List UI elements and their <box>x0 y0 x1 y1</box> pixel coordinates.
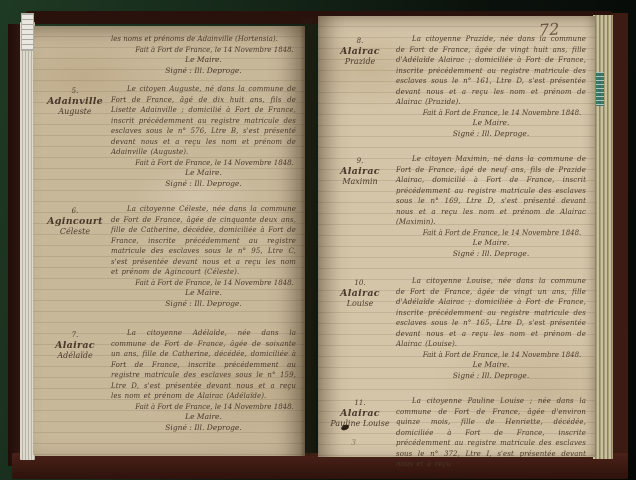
entry-firstname: Pauline Louise <box>324 419 396 429</box>
right-page-content: 8. Alairac Prazide La citoyenne Prazide,… <box>318 16 595 457</box>
book-right-cover <box>611 13 628 465</box>
entry-surname: Adainville <box>39 96 111 107</box>
entry-date-line: Fait à Fort de France, le 14 Novembre 18… <box>396 228 586 239</box>
entry-surname: Alairac <box>39 340 111 351</box>
entry-body: Le citoyen Maximin, né dans la commune d… <box>396 154 588 259</box>
entry-surname: Alairac <box>324 46 396 57</box>
entry-date-line: Fait à Fort de France, le 14 Novembre 18… <box>396 350 586 361</box>
register-entry-10: 10. Alairac Louise La citoyenne Louise, … <box>324 276 588 381</box>
entry-date-line: Fait à Fort de France, le 14 Novembre 18… <box>111 278 296 289</box>
entry-firstname: Prazide <box>324 57 396 67</box>
entry-signe-line: Signé : Ill. Deproge. <box>111 179 296 190</box>
entry-margin: 10. Alairac Louise <box>324 276 396 381</box>
entry-margin: 9. Alairac Maximin <box>324 154 396 259</box>
entry-number: 6. <box>39 207 111 216</box>
scanned-register-photo: les noms et prénoms de Adainville (Horte… <box>0 0 636 480</box>
left-page-content: les noms et prénoms de Adainville (Horte… <box>33 26 305 456</box>
entry-text: Le citoyen Maximin, né dans la commune d… <box>396 154 586 228</box>
teal-edge-tab <box>596 72 604 106</box>
entry-body: La citoyenne Pauline Louise ; née dans l… <box>396 396 588 470</box>
entry-maire-line: Le Maire. <box>396 360 586 371</box>
entry-maire-line: Le Maire. <box>111 55 296 66</box>
entry-body: Le citoyen Auguste, né dans la commune d… <box>111 84 298 189</box>
entry-date-line: Fait à Fort de France, le 14 Novembre 18… <box>111 402 296 413</box>
entry-surname: Agincourt <box>39 216 111 227</box>
entry-number: 8. <box>324 37 396 46</box>
entry-number: 9. <box>324 157 396 166</box>
entry-text: La citoyenne Adélaïde, née dans la commu… <box>111 328 296 402</box>
register-entry-9: 9. Alairac Maximin Le citoyen Maximin, n… <box>324 154 588 259</box>
register-entry-6: 6. Agincourt Céleste La citoyenne Célest… <box>39 204 298 309</box>
register-entry-11: 11. Alairac Pauline Louise La citoyenne … <box>324 396 588 470</box>
register-entry-5: 5. Adainville Auguste Le citoyen Auguste… <box>39 84 298 189</box>
entry-margin: 8. Alairac Prazide <box>324 34 396 139</box>
archive-label-sticker <box>21 13 34 51</box>
entry-text: La citoyenne Céleste, née dans la commun… <box>111 204 296 278</box>
entry-firstname: Auguste <box>39 107 111 117</box>
entry-text: La citoyenne Prazide, née dans la commun… <box>396 34 586 108</box>
entry-maire-line: Le Maire. <box>111 288 296 299</box>
entry-firstname: Maximin <box>324 177 396 187</box>
entry-date-line: Fait à Fort de France, le 14 Novembre 18… <box>396 108 586 119</box>
left-page: les noms et prénoms de Adainville (Horte… <box>33 26 305 456</box>
entry-firstname: Céleste <box>39 227 111 237</box>
entry-firstname: Louise <box>324 299 396 309</box>
entry-body: La citoyenne Louise, née dans la commune… <box>396 276 588 381</box>
entry-number: 7. <box>39 331 111 340</box>
entry-date-line: Fait à Fort de France, le 14 Novembre 18… <box>111 158 296 169</box>
pencil-mark: 3 <box>351 438 356 447</box>
entry-margin: 6. Agincourt Céleste <box>39 204 111 309</box>
entry-surname: Alairac <box>324 288 396 299</box>
entry-signe-line: Signé : Ill. Deproge. <box>396 249 586 260</box>
register-entry-8: 8. Alairac Prazide La citoyenne Prazide,… <box>324 34 588 139</box>
entry-text: La citoyenne Pauline Louise ; née dans l… <box>396 396 586 470</box>
entry-maire-line: Le Maire. <box>396 238 586 249</box>
entry-body: La citoyenne Adélaïde, née dans la commu… <box>111 328 298 433</box>
entry-margin: 5. Adainville Auguste <box>39 84 111 189</box>
book-gutter-shadow <box>300 18 320 456</box>
entry-number: 5. <box>39 87 111 96</box>
entry-signe-line: Signé : Ill. Deproge. <box>111 66 296 77</box>
entry-margin: 11. Alairac Pauline Louise <box>324 396 396 470</box>
entry-body: La citoyenne Prazide, née dans la commun… <box>396 34 588 139</box>
continuation-text: les noms et prénoms de Adainville (Horte… <box>111 34 296 45</box>
register-entry-7: 7. Alairac Adélaïde La citoyenne Adélaïd… <box>39 328 298 433</box>
entry-surname: Alairac <box>324 166 396 177</box>
entry-maire-line: Le Maire. <box>396 118 586 129</box>
entry-signe-line: Signé : Ill. Deproge. <box>396 371 586 382</box>
entry-maire-line: Le Maire. <box>111 412 296 423</box>
entry-surname: Alairac <box>324 408 396 419</box>
entry-signe-line: Signé : Ill. Deproge. <box>396 129 586 140</box>
entry-number: 11. <box>324 399 396 408</box>
entry-margin: 7. Alairac Adélaïde <box>39 328 111 433</box>
entry-date-line: Fait à Fort de France, le 14 Novembre 18… <box>111 45 296 56</box>
entry-firstname: Adélaïde <box>39 351 111 361</box>
entry-signe-line: Signé : Ill. Deproge. <box>111 299 296 310</box>
entry-body: La citoyenne Céleste, née dans la commun… <box>111 204 298 309</box>
entry-text: La citoyenne Louise, née dans la commune… <box>396 276 586 350</box>
right-page: 72 8. Alairac Prazide La citoyenne Prazi… <box>318 16 595 457</box>
entry-maire-line: Le Maire. <box>111 168 296 179</box>
entry-signe-line: Signé : Ill. Deproge. <box>111 423 296 434</box>
previous-entry-continuation: les noms et prénoms de Adainville (Horte… <box>111 34 298 76</box>
entry-number: 10. <box>324 279 396 288</box>
entry-text: Le citoyen Auguste, né dans la commune d… <box>111 84 296 158</box>
